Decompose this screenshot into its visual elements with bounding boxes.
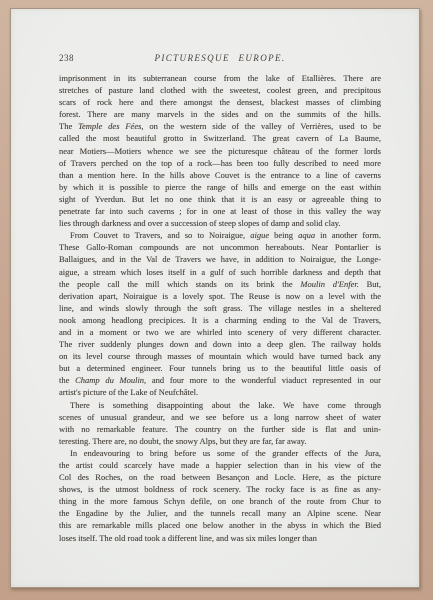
text-run: derivation apart, Noiraigue is a lovely … xyxy=(59,291,381,301)
text-line: of Travers perched on the top of a rock—… xyxy=(59,157,381,169)
text-run: by which it is possible to pierce the ra… xyxy=(59,182,381,192)
text-run: the artist could scarcely have made a ha… xyxy=(59,460,381,470)
text-line: with no remarkable feature. The country … xyxy=(59,423,381,435)
text-run: scars of rock here and there amongst the… xyxy=(59,97,381,107)
text-run: in another form. xyxy=(315,230,381,240)
text-line: These Gallo-Roman compounds are not unco… xyxy=(59,241,381,253)
text-line: teresting. There are, no doubt, the snow… xyxy=(59,435,381,447)
text-run: on its level course through masses of mo… xyxy=(59,351,381,361)
text-line: derivation apart, Noiraigue is a lovely … xyxy=(59,290,381,302)
text-run: Ballaigues, and in the Val de Travers we… xyxy=(59,254,381,264)
text-run: There is something disappointing about t… xyxy=(70,400,381,410)
text-line: artist's picture of the Lake of Neufchât… xyxy=(59,386,381,398)
text-run: teresting. There are, no doubt, the snow… xyxy=(59,436,307,446)
text-run-italic: aigue xyxy=(250,230,269,240)
text-line: thing in the more famous Schyn defile, o… xyxy=(59,495,381,507)
text-line: but a determined engineer. Four tunnels … xyxy=(59,362,381,374)
text-run: stretches of pasture land clothed with t… xyxy=(59,85,381,95)
text-line: imprisonment in its subterranean course … xyxy=(59,72,381,84)
text-line: The Temple des Fées, on the western side… xyxy=(59,120,381,132)
text-run: The river suddenly plunges down and down… xyxy=(59,339,381,349)
text-run: lies through darkness and over a success… xyxy=(59,218,341,228)
text-line: the people call the mill which stands on… xyxy=(59,278,381,290)
text-run: thing in the more famous Schyn defile, o… xyxy=(59,496,381,506)
text-line: than a mention here. In the hills above … xyxy=(59,169,381,181)
text-run: shows, is the utmost boldness of rock sc… xyxy=(59,484,381,494)
text-run: the xyxy=(59,375,75,385)
text-run: this are remarkable mills placed one bel… xyxy=(59,520,381,530)
text-line: sight of Yverdun. But let no one think t… xyxy=(59,193,381,205)
text-line: loses itself. The old road took a differ… xyxy=(59,532,381,544)
text-line: aigue, a stream which loses itself in a … xyxy=(59,266,381,278)
text-line: Ballaigues, and in the Val de Travers we… xyxy=(59,253,381,265)
text-run: loses itself. The old road took a differ… xyxy=(59,533,317,543)
text-line: and in a moment or two we are whirled in… xyxy=(59,326,381,338)
text-line: by which it is possible to pierce the ra… xyxy=(59,181,381,193)
text-line: lies through darkness and over a success… xyxy=(59,217,381,229)
text-line: There is something disappointing about t… xyxy=(59,399,381,411)
text-line: stretches of pasture land clothed with t… xyxy=(59,84,381,96)
text-run: with no remarkable feature. The country … xyxy=(59,424,381,434)
text-run: Col des Roches, on the road between Besa… xyxy=(59,472,381,482)
text-run: artist's picture of the Lake of Neufchât… xyxy=(59,387,198,397)
text-run: line, and winds slowly through the soft … xyxy=(59,303,381,313)
text-run: and in a moment or two we are whirled in… xyxy=(59,327,381,337)
text-run: scenes of unusual grandeur, and we see b… xyxy=(59,412,381,422)
text-run-italic: Temple des Fées, xyxy=(78,121,143,131)
text-run: but a determined engineer. Four tunnels … xyxy=(59,363,381,373)
text-run-italic: Champ du Moulin, xyxy=(75,375,146,385)
text-line: the Champ du Moulin, and four more to th… xyxy=(59,374,381,386)
text-run: on the western side of the valley of Ver… xyxy=(144,121,381,131)
text-line: this are remarkable mills placed one bel… xyxy=(59,519,381,531)
page-header: 238 PICTURESQUE EUROPE. xyxy=(59,53,381,66)
text-run: of Travers perched on the top of a rock—… xyxy=(59,158,381,168)
text-run: and four more to the wonderful viaduct r… xyxy=(146,375,381,385)
text-line: From Couvet to Travers, and so to Noirai… xyxy=(59,229,381,241)
text-line: shows, is the utmost boldness of rock sc… xyxy=(59,483,381,495)
text-line: on its level course through masses of mo… xyxy=(59,350,381,362)
text-line: scars of rock here and there amongst the… xyxy=(59,96,381,108)
text-run: The xyxy=(59,121,78,131)
page-body: imprisonment in its subterranean course … xyxy=(59,72,381,544)
text-run: the people call the mill which stands on… xyxy=(59,279,300,289)
text-run: imprisonment in its subterranean course … xyxy=(59,73,381,83)
text-line: penetrate far into such caverns ; for in… xyxy=(59,205,381,217)
text-line: called the most beautiful grotto in Swit… xyxy=(59,132,381,144)
scanned-book-photo: { "page": { "number": "238", "running_ti… xyxy=(0,0,433,600)
text-line: near Motiers—Motiers whence we see the p… xyxy=(59,145,381,157)
text-line: the artist could scarcely have made a ha… xyxy=(59,459,381,471)
text-run: aigue, a stream which loses itself in a … xyxy=(59,267,381,277)
text-run: than a mention here. In the hills above … xyxy=(59,170,381,180)
text-line: nook among headlong precipices. It is a … xyxy=(59,314,381,326)
text-run-italic: Moulin d'Enfer. xyxy=(300,279,358,289)
text-line: line, and winds slowly through the soft … xyxy=(59,302,381,314)
text-run: penetrate far into such caverns ; for in… xyxy=(59,206,381,216)
text-run-italic: aqua xyxy=(298,230,315,240)
text-line: The river suddenly plunges down and down… xyxy=(59,338,381,350)
text-run: From Couvet to Travers, and so to Noirai… xyxy=(70,230,250,240)
text-run: near Motiers—Motiers whence we see the p… xyxy=(59,146,381,156)
text-run: called the most beautiful grotto in Swit… xyxy=(59,133,381,143)
text-run: In endeavouring to bring before us some … xyxy=(70,448,381,458)
page-number: 238 xyxy=(59,53,74,63)
text-line: scenes of unusual grandeur, and we see b… xyxy=(59,411,381,423)
text-line: the Engadine by the Julier, and the tunn… xyxy=(59,507,381,519)
text-line: In endeavouring to bring before us some … xyxy=(59,447,381,459)
text-line: forest. There are many marvels in the si… xyxy=(59,108,381,120)
text-run: being xyxy=(269,230,298,240)
text-run: the Engadine by the Julier, and the tunn… xyxy=(59,508,381,518)
running-title: PICTURESQUE EUROPE. xyxy=(59,53,381,63)
page-sheet: 238 PICTURESQUE EUROPE. imprisonment in … xyxy=(10,8,420,588)
text-run: But, xyxy=(359,279,381,289)
text-run: forest. There are many marvels in the si… xyxy=(59,109,381,119)
text-run: These Gallo-Roman compounds are not unco… xyxy=(59,242,381,252)
text-run: sight of Yverdun. But let no one think t… xyxy=(59,194,381,204)
text-run: nook among headlong precipices. It is a … xyxy=(59,315,381,325)
text-line: Col des Roches, on the road between Besa… xyxy=(59,471,381,483)
